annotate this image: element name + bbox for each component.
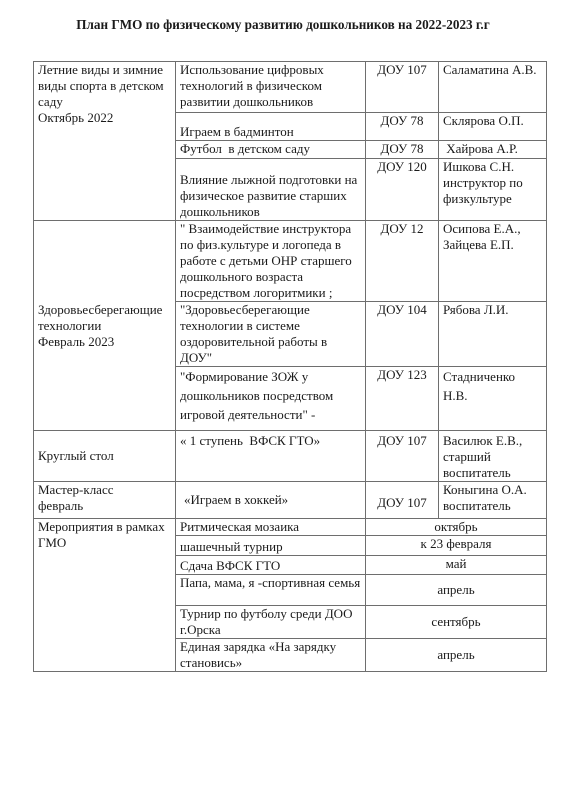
- section-name-line: Февраль 2023: [38, 334, 171, 350]
- event-topic: "Формирование ЗОЖ у дошкольников посредс…: [176, 367, 366, 431]
- table-row: Мероприятия в рамках ГМО Ритмическая моз…: [34, 519, 547, 536]
- event-place: ДОУ 120: [366, 159, 439, 221]
- event-topic: Турнир по футболу среди ДОО г.Орска: [176, 606, 366, 639]
- event-topic: Играем в бадминтон: [176, 113, 366, 141]
- section-name: Летние виды и зимние виды спорта в детск…: [34, 62, 176, 221]
- event-responsible: Стадниченко Н.В.: [439, 367, 547, 431]
- event-place: ДОУ 78: [366, 113, 439, 141]
- event-topic: Футбол в детском саду: [176, 141, 366, 159]
- event-place: ДОУ 104: [366, 302, 439, 367]
- event-topic: Влияние лыжной подготовки на физическое …: [176, 159, 366, 221]
- event-when: апрель: [366, 639, 547, 672]
- event-topic: « 1 ступень ВФСК ГТО»: [176, 431, 366, 482]
- event-place: ДОУ 107: [366, 431, 439, 482]
- event-responsible: Саламатина А.В.: [439, 62, 547, 113]
- section-name-line: Круглый стол: [38, 448, 171, 464]
- event-place: ДОУ 107: [366, 62, 439, 113]
- section-name-line: технологии: [38, 318, 171, 334]
- section-name: Круглый стол: [34, 431, 176, 482]
- event-responsible: Хайрова А.Р.: [439, 141, 547, 159]
- event-when: октябрь: [366, 519, 547, 536]
- event-topic: " Взаимодействие инструктора по физ.куль…: [176, 221, 366, 302]
- event-responsible: Склярова О.П.: [439, 113, 547, 141]
- event-responsible: Рябова Л.И.: [439, 302, 547, 367]
- table-row: Здоровьесберегающие технологии Февраль 2…: [34, 221, 547, 302]
- event-when: к 23 февраля: [366, 536, 547, 556]
- section-name-line: Октябрь 2022: [38, 110, 171, 126]
- section-name-line: Летние виды и зимние: [38, 62, 171, 78]
- plan-table: Летние виды и зимние виды спорта в детск…: [33, 61, 547, 672]
- section-name-line: Мероприятия в рамках: [38, 519, 171, 535]
- event-topic: Ритмическая мозаика: [176, 519, 366, 536]
- event-responsible: Коныгина О.А. воспитатель: [439, 482, 547, 519]
- event-topic: "Здоровьесберегающие технологии в систем…: [176, 302, 366, 367]
- event-when: сентябрь: [366, 606, 547, 639]
- event-topic: «Играем в хоккей»: [176, 482, 366, 519]
- section-name-line: виды спорта в детском: [38, 78, 171, 94]
- section-name-line: ГМО: [38, 535, 171, 551]
- event-topic: Сдача ВФСК ГТО: [176, 556, 366, 575]
- event-place: ДОУ 123: [366, 367, 439, 431]
- table-row: Летние виды и зимние виды спорта в детск…: [34, 62, 547, 113]
- table-row: Круглый стол « 1 ступень ВФСК ГТО» ДОУ 1…: [34, 431, 547, 482]
- event-topic: Папа, мама, я -спортивная семья: [176, 575, 366, 606]
- event-place: ДОУ 12: [366, 221, 439, 302]
- event-topic: Использование цифровых технологий в физи…: [176, 62, 366, 113]
- section-name-line: февраль: [38, 498, 171, 514]
- section-name-line: саду: [38, 94, 171, 110]
- event-topic: Единая зарядка «На зарядку становись»: [176, 639, 366, 672]
- section-name: Мастер-класс февраль: [34, 482, 176, 519]
- section-name: Здоровьесберегающие технологии Февраль 2…: [34, 221, 176, 431]
- section-name: Мероприятия в рамках ГМО: [34, 519, 176, 672]
- event-when: апрель: [366, 575, 547, 606]
- event-responsible: Василюк Е.В., старший воспитатель: [439, 431, 547, 482]
- table-row: Мастер-класс февраль «Играем в хоккей» Д…: [34, 482, 547, 519]
- document-title: План ГМО по физическому развитию дошколь…: [0, 17, 566, 33]
- event-place: ДОУ 78: [366, 141, 439, 159]
- section-name-line: Здоровьесберегающие: [38, 302, 171, 318]
- event-responsible: Осипова Е.А., Зайцева Е.П.: [439, 221, 547, 302]
- section-name-line: Мастер-класс: [38, 482, 171, 498]
- event-responsible: Ишкова С.Н. инструктор по физкультуре: [439, 159, 547, 221]
- event-place: ДОУ 107: [366, 482, 439, 519]
- event-when: май: [366, 556, 547, 575]
- event-topic: шашечный турнир: [176, 536, 366, 556]
